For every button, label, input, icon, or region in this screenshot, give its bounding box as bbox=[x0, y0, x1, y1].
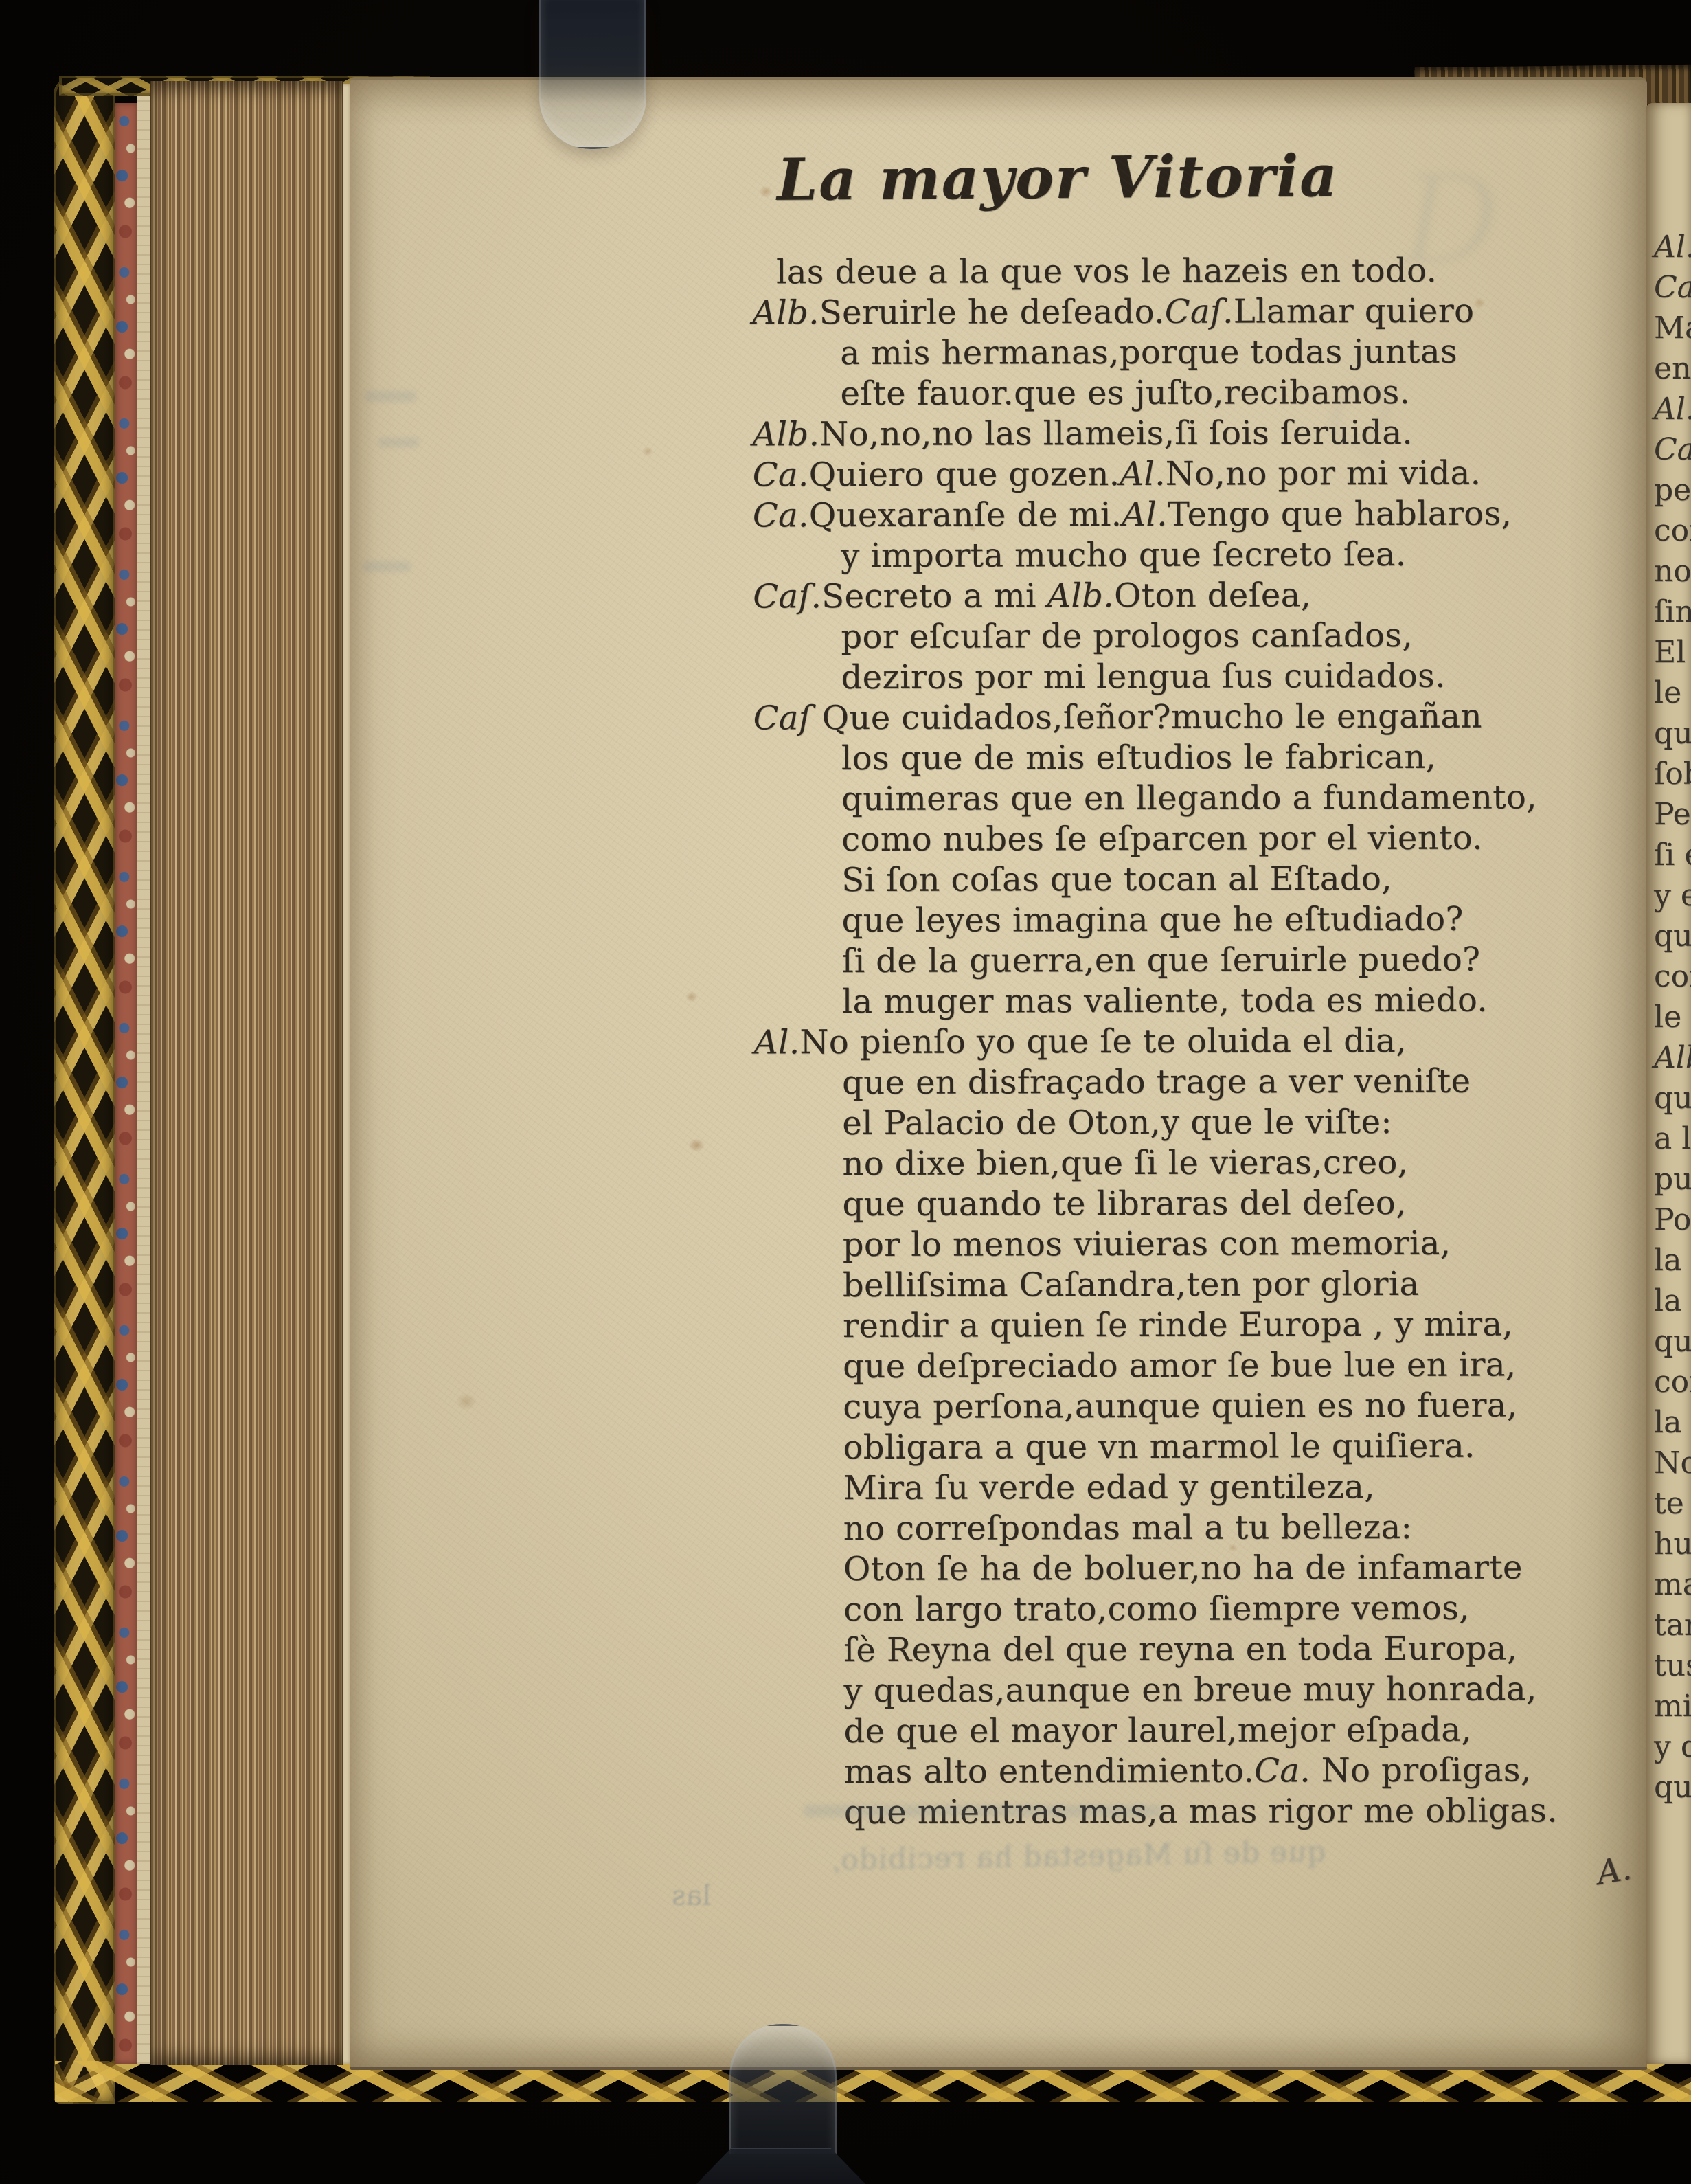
verse-text: Que cuidados,ſeñor?mucho le engañan bbox=[811, 697, 1482, 738]
adjacent-page-line-fragment: y q bbox=[1654, 1726, 1691, 1767]
verse-text: le a bbox=[1654, 675, 1691, 710]
verse-text: que leyes imagina que he eſtudiado? bbox=[841, 900, 1463, 940]
verse-text: que bbox=[1654, 1324, 1691, 1359]
foxing-spot bbox=[456, 1393, 477, 1410]
play-text-line: por lo menos viuieras con memoria, bbox=[843, 1224, 1524, 1266]
play-text-line: cuya perſona,aunque quien es no fuera, bbox=[843, 1386, 1524, 1428]
speaker-abbreviation: Ca. bbox=[753, 496, 809, 534]
adjacent-page-line-fragment: no e bbox=[1654, 551, 1691, 592]
adjacent-page-line-fragment: Por bbox=[1654, 1200, 1691, 1240]
adjacent-page-line-fragment: qu bbox=[1654, 1767, 1691, 1808]
play-text-line: Caſ Que cuidados,ſeñor?mucho le engañan bbox=[753, 697, 1523, 739]
speaker-abbreviation: Alb. bbox=[753, 415, 820, 453]
verse-text: te h bbox=[1654, 1486, 1691, 1521]
page-holder-strap-bottom-base bbox=[690, 2148, 872, 2184]
verse-text: Per bbox=[1654, 797, 1691, 832]
adjacent-page-line-fragment: le a bbox=[1654, 997, 1691, 1037]
adjacent-page-line-fragment: con bbox=[1654, 510, 1691, 551]
verse-text: que quando te libraras del deſeo, bbox=[843, 1184, 1407, 1224]
verse-text: qua bbox=[1654, 919, 1691, 954]
play-text-line: Oton ſe ha de boluer,no ha de infamarte bbox=[843, 1548, 1525, 1590]
main-page: La mayor Vitoria las deue a la que vos l… bbox=[350, 77, 1647, 2070]
adjacent-page-line-fragment: hum bbox=[1654, 1524, 1691, 1564]
verse-text: deziros por mi lengua ſus cuidados. bbox=[841, 657, 1446, 697]
play-text-line: Ca.Quiero que gozen.Al.No,no por mi vida… bbox=[753, 453, 1522, 496]
verse-text: que en disfraçado trage a ver veniſte bbox=[842, 1062, 1471, 1102]
speaker-abbreviation: Ca. bbox=[753, 455, 809, 494]
play-text-line: quimeras que en llegando a fundamento, bbox=[841, 778, 1523, 820]
play-text-line: Si ſon coſas que tocan al Eſtado, bbox=[841, 859, 1523, 901]
show-through-catchword: las bbox=[672, 1880, 711, 1912]
verse-text: rendir a quien ſe rinde Europa , y mira, bbox=[843, 1305, 1513, 1346]
play-text-line: que leyes imagina que he eſtudiado? bbox=[841, 899, 1523, 942]
verse-text: hum bbox=[1654, 1527, 1691, 1562]
speaker-abbreviation: Al. bbox=[1120, 455, 1166, 493]
play-text-line: el Palacio de Oton,y que le viſte: bbox=[842, 1102, 1523, 1145]
adjacent-page-line-fragment: pue bbox=[1654, 1159, 1691, 1200]
verse-text: Si ſon coſas que tocan al Eſtado, bbox=[841, 859, 1392, 899]
marbled-endpaper-edge bbox=[115, 103, 137, 2064]
verse-text: y importa mucho que ſecreto ſea. bbox=[841, 535, 1407, 575]
verse-text: de que el mayor laurel,mejor eſpada, bbox=[844, 1711, 1472, 1750]
play-text-line: Alb.Seruirle he deſeado.Caſ.Llamar quier… bbox=[752, 291, 1521, 334]
show-through-smudge bbox=[804, 1805, 1161, 1817]
play-text-line: a mis hermanas,porque todas juntas bbox=[840, 332, 1521, 374]
verse-text: en e bbox=[1654, 351, 1691, 386]
verse-text: no dixe bien,que ſi le vieras,creo, bbox=[842, 1143, 1408, 1183]
verse-text: y en bbox=[1654, 878, 1691, 913]
verse-text: por lo menos viuieras con memoria, bbox=[843, 1224, 1451, 1264]
adjacent-page-line-fragment: y en bbox=[1654, 875, 1691, 916]
speaker-abbreviation: Ca bbox=[1654, 432, 1691, 467]
verse-text: no correſpondas mal a tu belleza: bbox=[843, 1508, 1412, 1548]
verse-text: mas alto entendimiento. bbox=[844, 1752, 1255, 1792]
play-text-line: ſi de la guerra,en que ſeruirle puedo? bbox=[842, 940, 1523, 982]
verse-text: no e bbox=[1654, 554, 1691, 589]
verse-text: con largo trato,como ſiempre vemos, bbox=[843, 1589, 1470, 1629]
speaker-abbreviation: Al. bbox=[1654, 229, 1691, 264]
adjacent-page-line-fragment: la p bbox=[1654, 1281, 1691, 1321]
speaker-abbreviation: Al. bbox=[1654, 392, 1691, 427]
adjacent-page-line-fragment: tan bbox=[1654, 1605, 1691, 1645]
verse-text: tus bbox=[1654, 1648, 1691, 1683]
play-text-line: mas alto entendimiento.Ca. No proſigas, bbox=[844, 1750, 1525, 1793]
adjacent-page-line-fragment: per bbox=[1654, 470, 1691, 510]
play-text-line: Mira ſu verde edad y gentileza, bbox=[843, 1467, 1525, 1509]
verse-text: los que de mis eſtudios le fabrican, bbox=[841, 738, 1436, 778]
play-text-line: los que de mis eſtudios le fabrican, bbox=[841, 737, 1523, 780]
verse-text: ſob bbox=[1654, 756, 1691, 791]
play-text-line: la muger mas valiente, toda es miedo. bbox=[842, 980, 1523, 1023]
verse-text: Llamar quiero bbox=[1234, 292, 1475, 331]
play-text-line: como nubes ſe eſparcen por el viento. bbox=[841, 818, 1523, 861]
verse-text: la n bbox=[1654, 1243, 1691, 1278]
play-text-line: Caſ.Secreto a mi Alb.Oton deſea, bbox=[753, 575, 1522, 618]
adjacent-page-line-fragment: Ca Qu bbox=[1654, 429, 1691, 470]
adjacent-page-line-fragment: la i bbox=[1654, 1402, 1691, 1443]
verse-text: No,no por mi vida. bbox=[1166, 454, 1482, 493]
show-through-smudge bbox=[365, 391, 416, 402]
play-text-line: que en disfraçado trage a ver veniſte bbox=[842, 1061, 1523, 1104]
verse-text: como nubes ſe eſparcen por el viento. bbox=[841, 819, 1483, 859]
verse-text: que bbox=[1654, 716, 1691, 751]
verse-text: ſi el bbox=[1654, 837, 1691, 873]
verse-text: las deue a la que vos le hazeis en todo. bbox=[776, 251, 1437, 292]
verse-text: No proſigas, bbox=[1310, 1751, 1532, 1790]
running-title: La mayor Vitoria bbox=[694, 141, 1422, 214]
verse-text: Ma bbox=[1654, 311, 1691, 346]
speaker-abbreviation: Caſ bbox=[753, 699, 811, 737]
verse-text: No bbox=[1654, 1445, 1691, 1481]
verse-text: obligara a que vn marmol le quiſiera. bbox=[843, 1427, 1475, 1467]
speaker-abbreviation: Ca. bbox=[1254, 1751, 1310, 1790]
page-holder-strap-bottom bbox=[729, 2024, 837, 2154]
play-text-line: rendir a quien ſe rinde Europa , y mira, bbox=[843, 1305, 1524, 1347]
verse-text: com bbox=[1654, 1364, 1691, 1399]
play-text-line: y quedas,aunque en breue muy honrada, bbox=[843, 1669, 1525, 1712]
page-holder-strap-top bbox=[539, 0, 646, 149]
adjacent-page-line-fragment: ma bbox=[1654, 1564, 1691, 1605]
adjacent-page-line-fragment: qua bbox=[1654, 916, 1691, 956]
book-photo-stage: La mayor Vitoria las deue a la que vos l… bbox=[0, 0, 1691, 2184]
adjacent-page-line-fragment: Al.Eſt bbox=[1654, 389, 1691, 429]
adjacent-page-line-fragment: ſob bbox=[1654, 754, 1691, 794]
verse-text: cuya perſona,aunque quien es no fuera, bbox=[843, 1386, 1517, 1427]
show-through-smudge bbox=[363, 561, 411, 572]
speaker-abbreviation: Alb. bbox=[1047, 576, 1114, 615]
verse-text: por eſcuſar de prologos canſados, bbox=[841, 616, 1413, 656]
adjacent-page-line-fragment: ſino bbox=[1654, 592, 1691, 632]
verse-text: la muger mas valiente, toda es miedo. bbox=[842, 981, 1488, 1021]
verse-text: qu bbox=[1654, 1770, 1691, 1805]
show-through-text: que de ſu Magestad ha recibido, bbox=[790, 1834, 1326, 1878]
adjacent-page-line-fragment: Ca.Q bbox=[1654, 267, 1691, 308]
gilt-tooled-cover-edge-left bbox=[54, 77, 115, 2104]
play-text-line: por eſcuſar de prologos canſados, bbox=[841, 616, 1522, 658]
play-text-line: no correſpondas mal a tu belleza: bbox=[843, 1507, 1525, 1550]
verse-text: ſino bbox=[1654, 594, 1691, 629]
show-through-smudge bbox=[378, 438, 419, 447]
flyleaf-edge bbox=[137, 96, 150, 2064]
speaker-abbreviation: Al. bbox=[754, 1023, 800, 1061]
play-text-line: las deue a la que vos le hazeis en todo. bbox=[776, 251, 1521, 293]
verse-text: Quiero que gozen. bbox=[809, 455, 1120, 494]
adjacent-page-line-fragment: com bbox=[1654, 1362, 1691, 1402]
verse-text: la i bbox=[1654, 1405, 1691, 1440]
verse-text: a mis hermanas,porque todas juntas bbox=[840, 333, 1457, 372]
adjacent-page-text-fragments: Al.QuCa.QMaen eAl.EſtCa Quperconno eſino… bbox=[1646, 103, 1691, 1808]
verse-text: Oton deſea, bbox=[1114, 576, 1311, 615]
play-text-line: eſte fauor.que es juſto,recibamos. bbox=[840, 372, 1521, 415]
verse-text: ma bbox=[1654, 1567, 1691, 1602]
fore-edge-page-stack bbox=[150, 81, 343, 2065]
adjacent-page-line-fragment: le a bbox=[1654, 673, 1691, 713]
play-text-line: Ca.Quexaranſe de mi.Al.Tengo que hablaro… bbox=[753, 494, 1522, 537]
verse-text: Seruirle he deſeado. bbox=[819, 293, 1165, 332]
adjacent-page-line-fragment: con bbox=[1654, 956, 1691, 997]
adjacent-page-line-fragment: tus bbox=[1654, 1645, 1691, 1686]
verse-text: que deſpreciado amor ſe bue lue en ira, bbox=[843, 1346, 1516, 1386]
play-text-line: y importa mucho que ſecreto ſea. bbox=[841, 534, 1522, 577]
play-text-line: ſè Reyna del que reyna en toda Europa, bbox=[843, 1629, 1525, 1671]
verse-text: No pienſo yo que ſe te oluida el dia, bbox=[799, 1022, 1406, 1061]
verse-text: Por bbox=[1654, 1202, 1691, 1237]
foxing-spot bbox=[642, 447, 653, 456]
verse-text: belliſsima Caſandra,ten por gloria bbox=[843, 1265, 1420, 1305]
verse-text: Oton ſe ha de boluer,no ha de infamarte bbox=[843, 1549, 1523, 1589]
adjacent-page-sliver: Al.QuCa.QMaen eAl.EſtCa Quperconno eſino… bbox=[1646, 103, 1691, 2064]
verse-text: per bbox=[1654, 473, 1691, 508]
play-text-line: obligara a que vn marmol le quiſiera. bbox=[843, 1426, 1524, 1469]
adjacent-page-line-fragment: Per bbox=[1654, 794, 1691, 835]
foxing-spot bbox=[688, 1138, 705, 1152]
verse-text: con bbox=[1654, 959, 1691, 994]
speaker-abbreviation: Ca. bbox=[1654, 270, 1691, 305]
speaker-abbreviation: Al. bbox=[1122, 495, 1168, 534]
speaker-abbreviation: Caſ. bbox=[753, 577, 821, 616]
verse-text: pue bbox=[1654, 1162, 1691, 1197]
verse-text: le a bbox=[1654, 1000, 1691, 1035]
verse-text: a la bbox=[1654, 1121, 1691, 1156]
adjacent-page-line-fragment: la n bbox=[1654, 1240, 1691, 1281]
speaker-abbreviation: Caſ. bbox=[1165, 293, 1234, 331]
verse-text: eſte fauor.que es juſto,recibamos. bbox=[840, 373, 1410, 413]
verse-text: y quedas,aunque en breue muy honrada, bbox=[843, 1669, 1536, 1710]
play-text-block: las deue a la que vos le hazeis en todo.… bbox=[752, 251, 1525, 1834]
play-text-line: belliſsima Caſandra,ten por gloria bbox=[843, 1264, 1524, 1307]
verse-text: que bbox=[1654, 1081, 1691, 1116]
play-text-line: que quando te libraras del deſeo, bbox=[843, 1183, 1524, 1226]
play-text-line: de que el mayor laurel,mejor eſpada, bbox=[844, 1710, 1525, 1753]
verse-text: ſi de la guerra,en que ſeruirle puedo? bbox=[842, 941, 1481, 980]
adjacent-page-line-fragment: a la bbox=[1654, 1118, 1691, 1159]
play-text-line: que deſpreciado amor ſe bue lue en ira, bbox=[843, 1345, 1524, 1388]
play-text-line: Al.No pienſo yo que ſe te oluida el dia, bbox=[754, 1021, 1523, 1063]
adjacent-page-line-fragment: en e bbox=[1654, 348, 1691, 389]
play-text-line: Alb.No,no,no las llameis,ſi ſois ſeruida… bbox=[753, 413, 1522, 455]
adjacent-page-line-fragment: te h bbox=[1654, 1483, 1691, 1524]
verse-text: con bbox=[1654, 513, 1691, 548]
speaker-abbreviation: Alb. bbox=[752, 293, 819, 332]
adjacent-page-line-fragment: que bbox=[1654, 1078, 1691, 1118]
speaker-abbreviation: Alb. bbox=[1654, 1040, 1691, 1075]
verse-text: Tengo que hablaros, bbox=[1168, 495, 1512, 534]
adjacent-page-line-fragment: El t bbox=[1654, 632, 1691, 673]
verse-text: El t bbox=[1654, 635, 1691, 670]
adjacent-page-line-fragment: que bbox=[1654, 1321, 1691, 1362]
foxing-spot bbox=[685, 991, 698, 1002]
adjacent-page-line-fragment: Ma bbox=[1654, 308, 1691, 348]
verse-text: mi bbox=[1654, 1689, 1691, 1724]
verse-text: el Palacio de Oton,y que le viſte: bbox=[842, 1103, 1392, 1142]
verse-text: Secreto a mi bbox=[821, 576, 1047, 616]
handwritten-margin-mark: A. bbox=[1594, 1849, 1635, 1893]
adjacent-page-line-fragment: ſi el bbox=[1654, 835, 1691, 875]
verse-text: quimeras que en llegando a fundamento, bbox=[841, 778, 1537, 818]
verse-text: Mira ſu verde edad y gentileza, bbox=[843, 1467, 1375, 1507]
adjacent-page-line-fragment: Alb.S bbox=[1654, 1037, 1691, 1078]
adjacent-page-line-fragment: mi bbox=[1654, 1686, 1691, 1726]
play-text-line: no dixe bien,que ſi le vieras,creo, bbox=[842, 1142, 1523, 1185]
adjacent-page-line-fragment: Al.Qu bbox=[1654, 227, 1691, 267]
verse-text: Quexaranſe de mi. bbox=[809, 495, 1122, 534]
verse-text: la p bbox=[1654, 1283, 1691, 1318]
verse-text: tan bbox=[1654, 1608, 1691, 1643]
play-text-line: deziros por mi lengua ſus cuidados. bbox=[841, 656, 1523, 699]
verse-text: ſè Reyna del que reyna en toda Europa, bbox=[843, 1630, 1517, 1670]
adjacent-page-line-fragment: No bbox=[1654, 1443, 1691, 1483]
verse-text: No,no,no las llameis,ſi ſois ſeruida. bbox=[819, 414, 1413, 453]
play-text-line: con largo trato,como ſiempre vemos, bbox=[843, 1588, 1525, 1631]
adjacent-page-line-fragment: que bbox=[1654, 713, 1691, 754]
verse-text: y q bbox=[1654, 1729, 1691, 1764]
